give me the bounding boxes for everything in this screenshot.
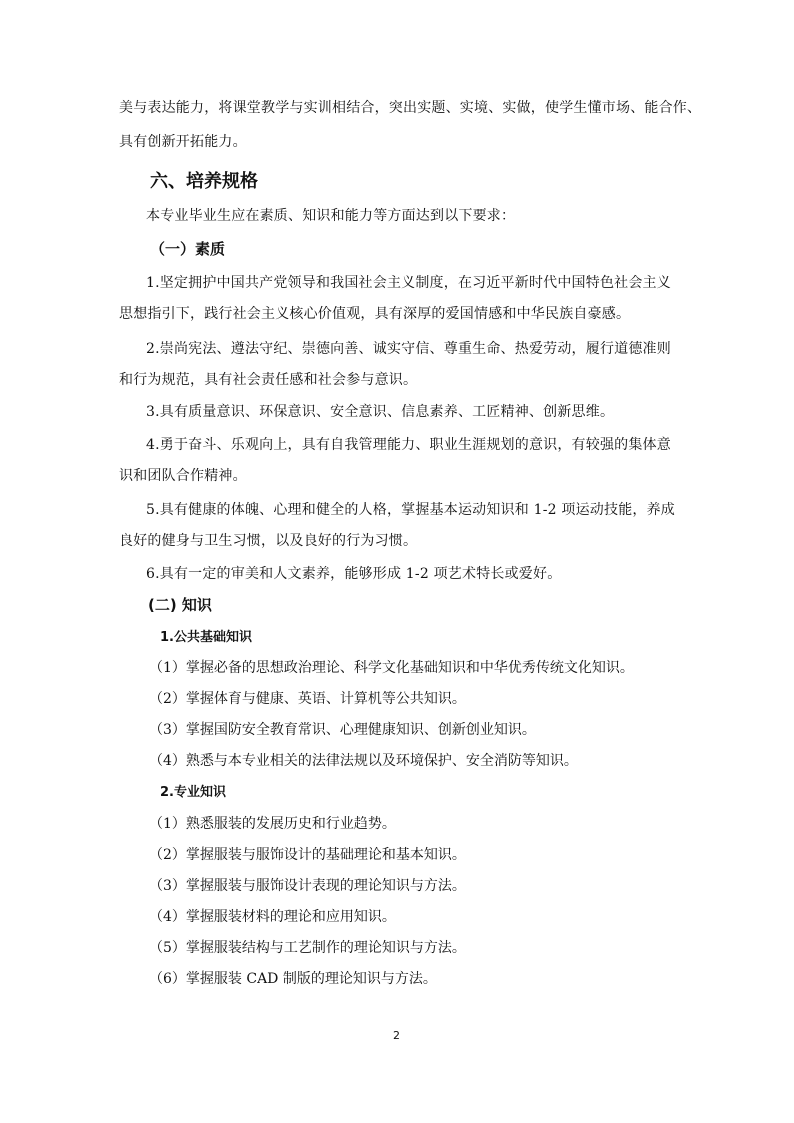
professional-knowledge-item: （2）掌握服装与服饰设计的基础理论和基本知识。 <box>149 847 466 863</box>
professional-knowledge-item: （5）掌握服装结构与工艺制作的理论知识与方法。 <box>149 940 466 956</box>
quality-item-5-line-1: 5.具有健康的体魄、心理和健全的人格，掌握基本运动知识和 1-2 项运动技能，养… <box>146 502 675 518</box>
public-knowledge-item: （1）掌握必备的思想政治理论、科学文化基础知识和中华优秀传统文化知识。 <box>149 660 634 676</box>
page-number: 2 <box>393 1029 400 1042</box>
quality-item-1-line-1: 1.坚定拥护中国共产党领导和我国社会主义制度，在习近平新时代中国特色社会主义 <box>146 275 671 291</box>
public-knowledge-item: （2）掌握体育与健康、英语、计算机等公共知识。 <box>149 691 466 707</box>
section-lead: 本专业毕业生应在素质、知识和能力等方面达到以下要求： <box>146 208 515 224</box>
intro-line-2: 具有创新开拓能力。 <box>119 134 247 150</box>
professional-knowledge-item: （6）掌握服装 CAD 制版的理论知识与方法。 <box>149 971 437 987</box>
intro-line-1: 美与表达能力，将课堂教学与实训相结合，突出实题、实境、实做，使学生懂市场、能合作… <box>119 100 701 116</box>
knowledge-heading: (二) 知识 <box>148 597 212 614</box>
quality-item-6: 6.具有一定的审美和人文素养，能够形成 1-2 项艺术特长或爱好。 <box>146 566 561 582</box>
quality-item-4-line-2: 识和团队合作精神。 <box>119 468 247 484</box>
quality-item-3: 3.具有质量意识、环保意识、安全意识、信息素养、工匠精神、创新思维。 <box>146 404 614 420</box>
quality-item-5-line-2: 良好的健身与卫生习惯，以及良好的行为习惯。 <box>119 533 417 549</box>
quality-item-2-line-2: 和行为规范，具有社会责任感和社会参与意识。 <box>119 372 417 388</box>
quality-heading: （一）素质 <box>150 241 225 258</box>
professional-knowledge-item: （1）熟悉服装的发展历史和行业趋势。 <box>149 816 396 832</box>
public-knowledge-heading: 1.公共基础知识 <box>160 630 252 645</box>
public-knowledge-item: （3）掌握国防安全教育常识、心理健康知识、创新创业知识。 <box>149 722 536 738</box>
professional-knowledge-item: （4）掌握服装材料的理论和应用知识。 <box>149 909 396 925</box>
quality-item-4-line-1: 4.勇于奋斗、乐观向上，具有自我管理能力、职业生涯规划的意识，有较强的集体意 <box>146 437 671 453</box>
section-title: 六、培养规格 <box>150 172 258 192</box>
quality-item-1-line-2: 思想指引下，践行社会主义核心价值观，具有深厚的爱国情感和中华民族自豪感。 <box>119 306 630 322</box>
professional-knowledge-heading: 2.专业知识 <box>160 785 226 800</box>
quality-item-2-line-1: 2.崇尚宪法、遵法守纪、崇德向善、诚实守信、尊重生命、热爱劳动，履行道德准则 <box>146 341 671 357</box>
public-knowledge-item: （4）熟悉与本专业相关的法律法规以及环境保护、安全消防等知识。 <box>149 753 578 769</box>
professional-knowledge-item: （3）掌握服装与服饰设计表现的理论知识与方法。 <box>149 878 466 894</box>
document-page: 美与表达能力，将课堂教学与实训相结合，突出实题、实境、实做，使学生懂市场、能合作… <box>0 0 794 1123</box>
